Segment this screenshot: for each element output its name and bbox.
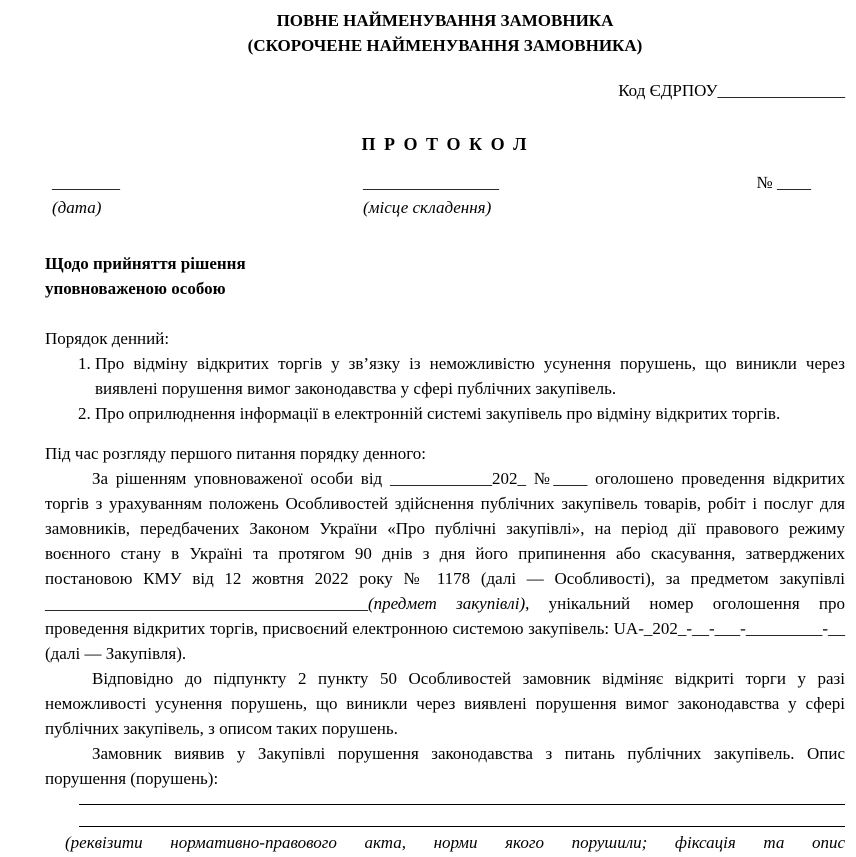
announcement-text-b: №: [526, 469, 553, 488]
edrpou-label: Код ЄДРПОУ: [618, 81, 717, 100]
subject-block: Щодо прийняття рішення уповноваженою осо…: [45, 251, 845, 301]
agenda-item-2: Про оприлюднення інформації в електронні…: [95, 401, 845, 426]
decision-date-blank-field[interactable]: ____________202_: [390, 469, 526, 488]
customer-short-name: (СКОРОЧЕНЕ НАЙМЕНУВАННЯ ЗАМОВНИКА): [45, 33, 845, 58]
protocol-number-label: №: [757, 173, 773, 192]
place-blank-field[interactable]: ________________: [363, 170, 499, 195]
protocol-meta-row: ________ (дата) ________________ (місце …: [45, 170, 845, 233]
place-field-group: ________________ (місце складення): [363, 170, 499, 220]
violation-description-line-2[interactable]: [79, 826, 845, 827]
procurement-subject-caption: (предмет закупівлі): [368, 594, 525, 613]
customer-full-name: ПОВНЕ НАЙМЕНУВАННЯ ЗАМОВНИКА: [45, 8, 845, 33]
ua-number-blank-field[interactable]: UA-_202_-__-___-_________-__: [614, 619, 845, 638]
edrpou-blank-field[interactable]: _______________: [718, 81, 846, 100]
announcement-text-a: За рішенням уповноваженої особи від: [92, 469, 390, 488]
paragraph-legal-basis: Відповідно до підпункту 2 пункту 50 Особ…: [45, 666, 845, 741]
procurement-subject-blank-field[interactable]: ______________________________________: [45, 594, 368, 613]
date-field-group: ________ (дата): [52, 170, 120, 220]
agenda-item-1: Про відміну відкритих торгів у зв’язку і…: [95, 351, 845, 401]
consideration-heading: Під час розгляду першого питання порядку…: [45, 441, 845, 466]
subject-line-2: уповноваженою особою: [45, 276, 845, 301]
paragraph-announcement: За рішенням уповноваженої особи від ____…: [45, 466, 845, 666]
document-page: ПОВНЕ НАЙМЕНУВАННЯ ЗАМОВНИКА (СКОРОЧЕНЕ …: [0, 0, 856, 857]
protocol-title: П Р О Т О К О Л: [45, 132, 845, 157]
decision-number-blank-field[interactable]: ____: [553, 469, 587, 488]
announcement-text-e: (далі — Закупівля).: [45, 644, 186, 663]
date-blank-field[interactable]: ________: [52, 170, 120, 195]
protocol-number-blank-field[interactable]: ____: [773, 173, 811, 192]
agenda-heading: Порядок денний:: [45, 326, 845, 351]
edrpou-row: Код ЄДРПОУ_______________: [45, 78, 845, 103]
number-field-group: № ____: [757, 170, 811, 195]
place-label: (місце складення): [363, 195, 499, 220]
violation-description-line-1[interactable]: [79, 804, 845, 805]
subject-line-1: Щодо прийняття рішення: [45, 251, 845, 276]
agenda-list: Про відміну відкритих торгів у зв’язку і…: [45, 351, 845, 426]
paragraph-violation-found: Замовник виявив у Закупівлі порушення за…: [45, 741, 845, 791]
violation-caption: (реквізити нормативно-правового акта, но…: [65, 830, 845, 855]
date-label: (дата): [52, 195, 120, 220]
